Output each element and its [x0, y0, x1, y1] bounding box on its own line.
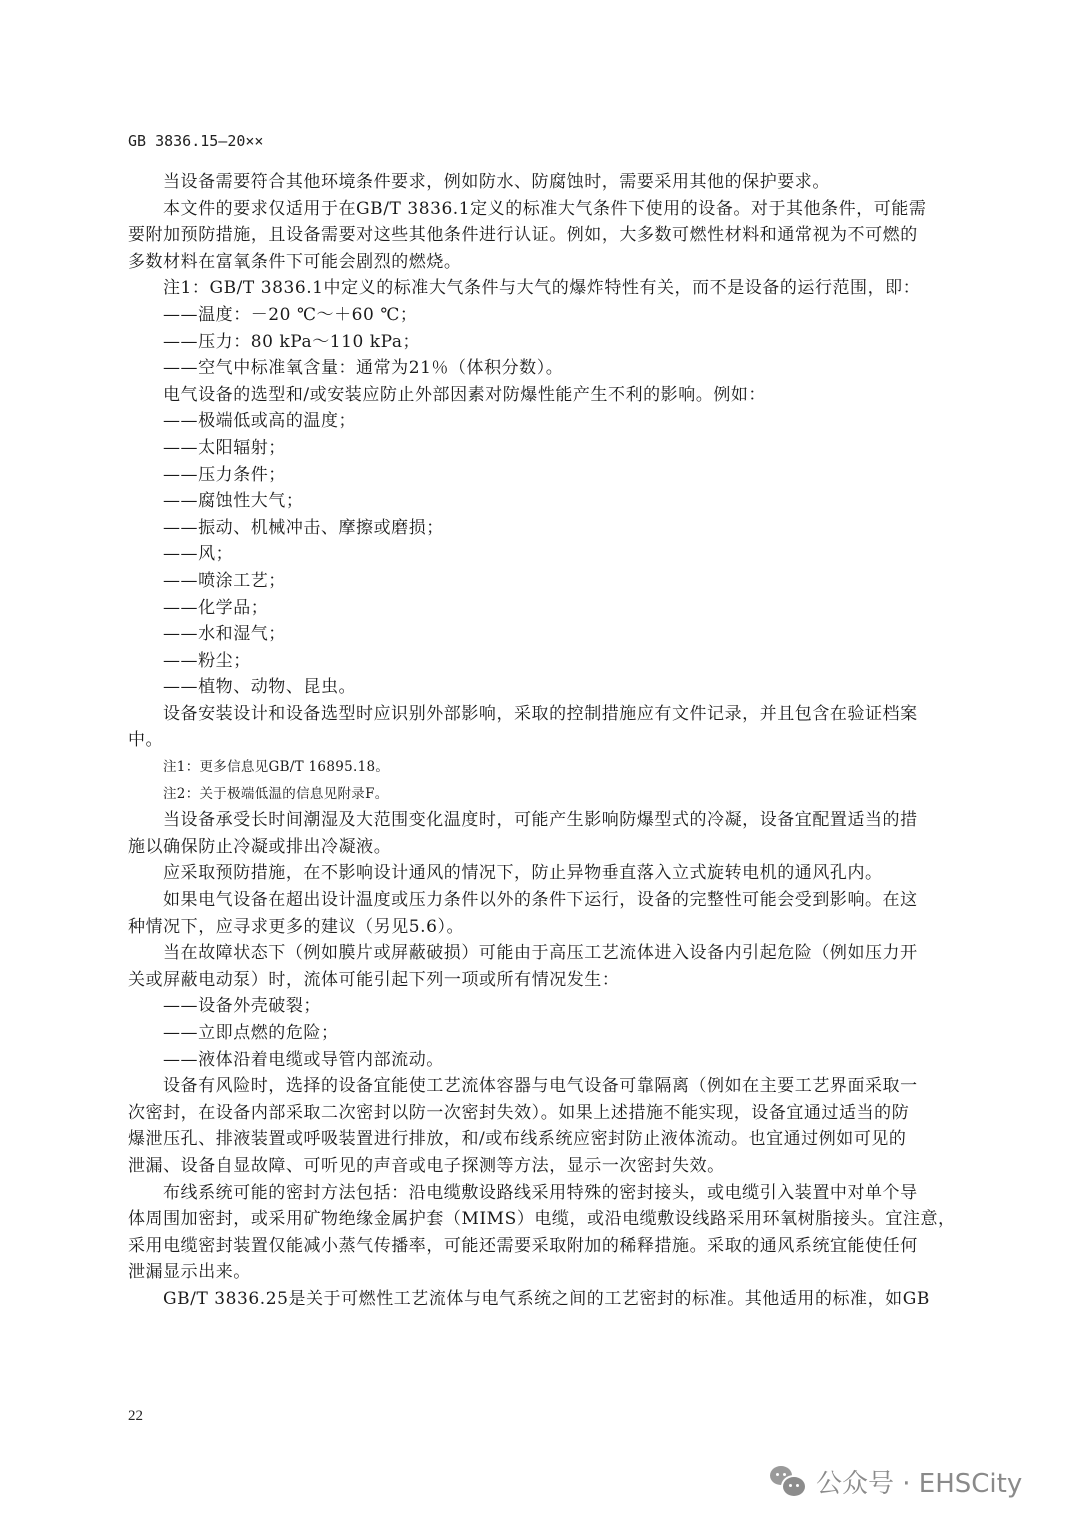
- text-line: ——极端低或高的温度；: [128, 408, 978, 435]
- text-line: ——化学品；: [128, 595, 978, 622]
- text-line: 泄漏、设备自显故障、可听见的声音或电子探测等方法，显示一次密封失效。: [128, 1153, 978, 1180]
- text-line: 中。: [128, 727, 978, 754]
- text-line: ——腐蚀性大气；: [128, 488, 978, 515]
- standard-header: GB 3836.15—20××: [128, 132, 263, 150]
- text-line: 关或屏蔽电动泵）时，流体可能引起下列一项或所有情况发生：: [128, 967, 978, 994]
- text-line: ——水和湿气；: [128, 621, 978, 648]
- wechat-icon: [770, 1466, 806, 1498]
- text-line: 布线系统可能的密封方法包括：沿电缆敷设路线采用特殊的密封接头，或电缆引入装置中对…: [128, 1180, 978, 1207]
- watermark: 公众号 · EHSCity: [770, 1463, 1022, 1500]
- text-line: 电气设备的选型和/或安装应防止外部因素对防爆性能产生不利的影响。例如：: [128, 382, 978, 409]
- text-line: 应采取预防措施，在不影响设计通风的情况下，防止异物垂直落入立式旋转电机的通风孔内…: [128, 860, 978, 887]
- text-line: GB/T 3836.25是关于可燃性工艺流体与电气系统之间的工艺密封的标准。其他…: [128, 1286, 978, 1313]
- text-line: ——空气中标准氧含量：通常为21％（体积分数）。: [128, 355, 978, 382]
- text-line: ——液体沿着电缆或导管内部流动。: [128, 1047, 978, 1074]
- watermark-text: 公众号 · EHSCity: [816, 1463, 1022, 1500]
- text-line: ——粉尘；: [128, 648, 978, 675]
- text-line: ——植物、动物、昆虫。: [128, 674, 978, 701]
- document-page: GB 3836.15—20×× 当设备需要符合其他环境条件要求，例如防水、防腐蚀…: [0, 0, 1080, 1527]
- text-line: 当设备需要符合其他环境条件要求，例如防水、防腐蚀时，需要采用其他的保护要求。: [128, 169, 978, 196]
- text-line: 次密封，在设备内部采取二次密封以防一次密封失效）。如果上述措施不能实现，设备宜通…: [128, 1100, 978, 1127]
- text-line: 施以确保防止冷凝或排出冷凝液。: [128, 834, 978, 861]
- text-line: ——温度：－20 ℃～＋60 ℃；: [128, 302, 978, 329]
- text-line: 注1：GB/T 3836.1中定义的标准大气条件与大气的爆炸特性有关，而不是设备…: [128, 275, 978, 302]
- text-line: 本文件的要求仅适用于在GB/T 3836.1定义的标准大气条件下使用的设备。对于…: [128, 196, 978, 223]
- text-line: 设备有风险时，选择的设备宜能使工艺流体容器与电气设备可靠隔离（例如在主要工艺界面…: [128, 1073, 978, 1100]
- text-line: 爆泄压孔、排液装置或呼吸装置进行排放，和/或布线系统应密封防止液体流动。也宜通过…: [128, 1126, 978, 1153]
- text-line: 泄漏显示出来。: [128, 1259, 978, 1286]
- text-line: ——立即点燃的危险；: [128, 1020, 978, 1047]
- text-line: ——压力条件；: [128, 462, 978, 489]
- text-line: 如果电气设备在超出设计温度或压力条件以外的条件下运行，设备的完整性可能会受到影响…: [128, 887, 978, 914]
- text-line: 要附加预防措施，且设备需要对这些其他条件进行认证。例如，大多数可燃性材料和通常视…: [128, 222, 978, 249]
- text-line: 当设备承受长时间潮湿及大范围变化温度时，可能产生影响防爆型式的冷凝，设备宜配置适…: [128, 807, 978, 834]
- note-line: 注2：关于极端低温的信息见附录F。: [128, 781, 978, 808]
- text-line: ——风；: [128, 541, 978, 568]
- text-line: 当在故障状态下（例如膜片或屏蔽破损）可能由于高压工艺流体进入设备内引起危险（例如…: [128, 940, 978, 967]
- text-line: ——设备外壳破裂；: [128, 993, 978, 1020]
- text-line: ——压力：80 kPa～110 kPa；: [128, 329, 978, 356]
- text-line: 体周围加密封，或采用矿物绝缘金属护套（MIMS）电缆，或沿电缆敷设线路采用环氧树…: [128, 1206, 978, 1233]
- text-line: 设备安装设计和设备选型时应识别外部影响，采取的控制措施应有文件记录，并且包含在验…: [128, 701, 978, 728]
- text-line: 种情况下，应寻求更多的建议（另见5.6）。: [128, 914, 978, 941]
- note-line: 注1：更多信息见GB/T 16895.18。: [128, 754, 978, 781]
- text-line: ——太阳辐射；: [128, 435, 978, 462]
- text-line: ——振动、机械冲击、摩擦或磨损；: [128, 515, 978, 542]
- page-number: 22: [128, 1408, 143, 1425]
- document-body: 当设备需要符合其他环境条件要求，例如防水、防腐蚀时，需要采用其他的保护要求。本文…: [128, 169, 978, 1313]
- text-line: ——喷涂工艺；: [128, 568, 978, 595]
- text-line: 采用电缆密封装置仅能减小蒸气传播率，可能还需要采取附加的稀释措施。采取的通风系统…: [128, 1233, 978, 1260]
- text-line: 多数材料在富氧条件下可能会剧烈的燃烧。: [128, 249, 978, 276]
